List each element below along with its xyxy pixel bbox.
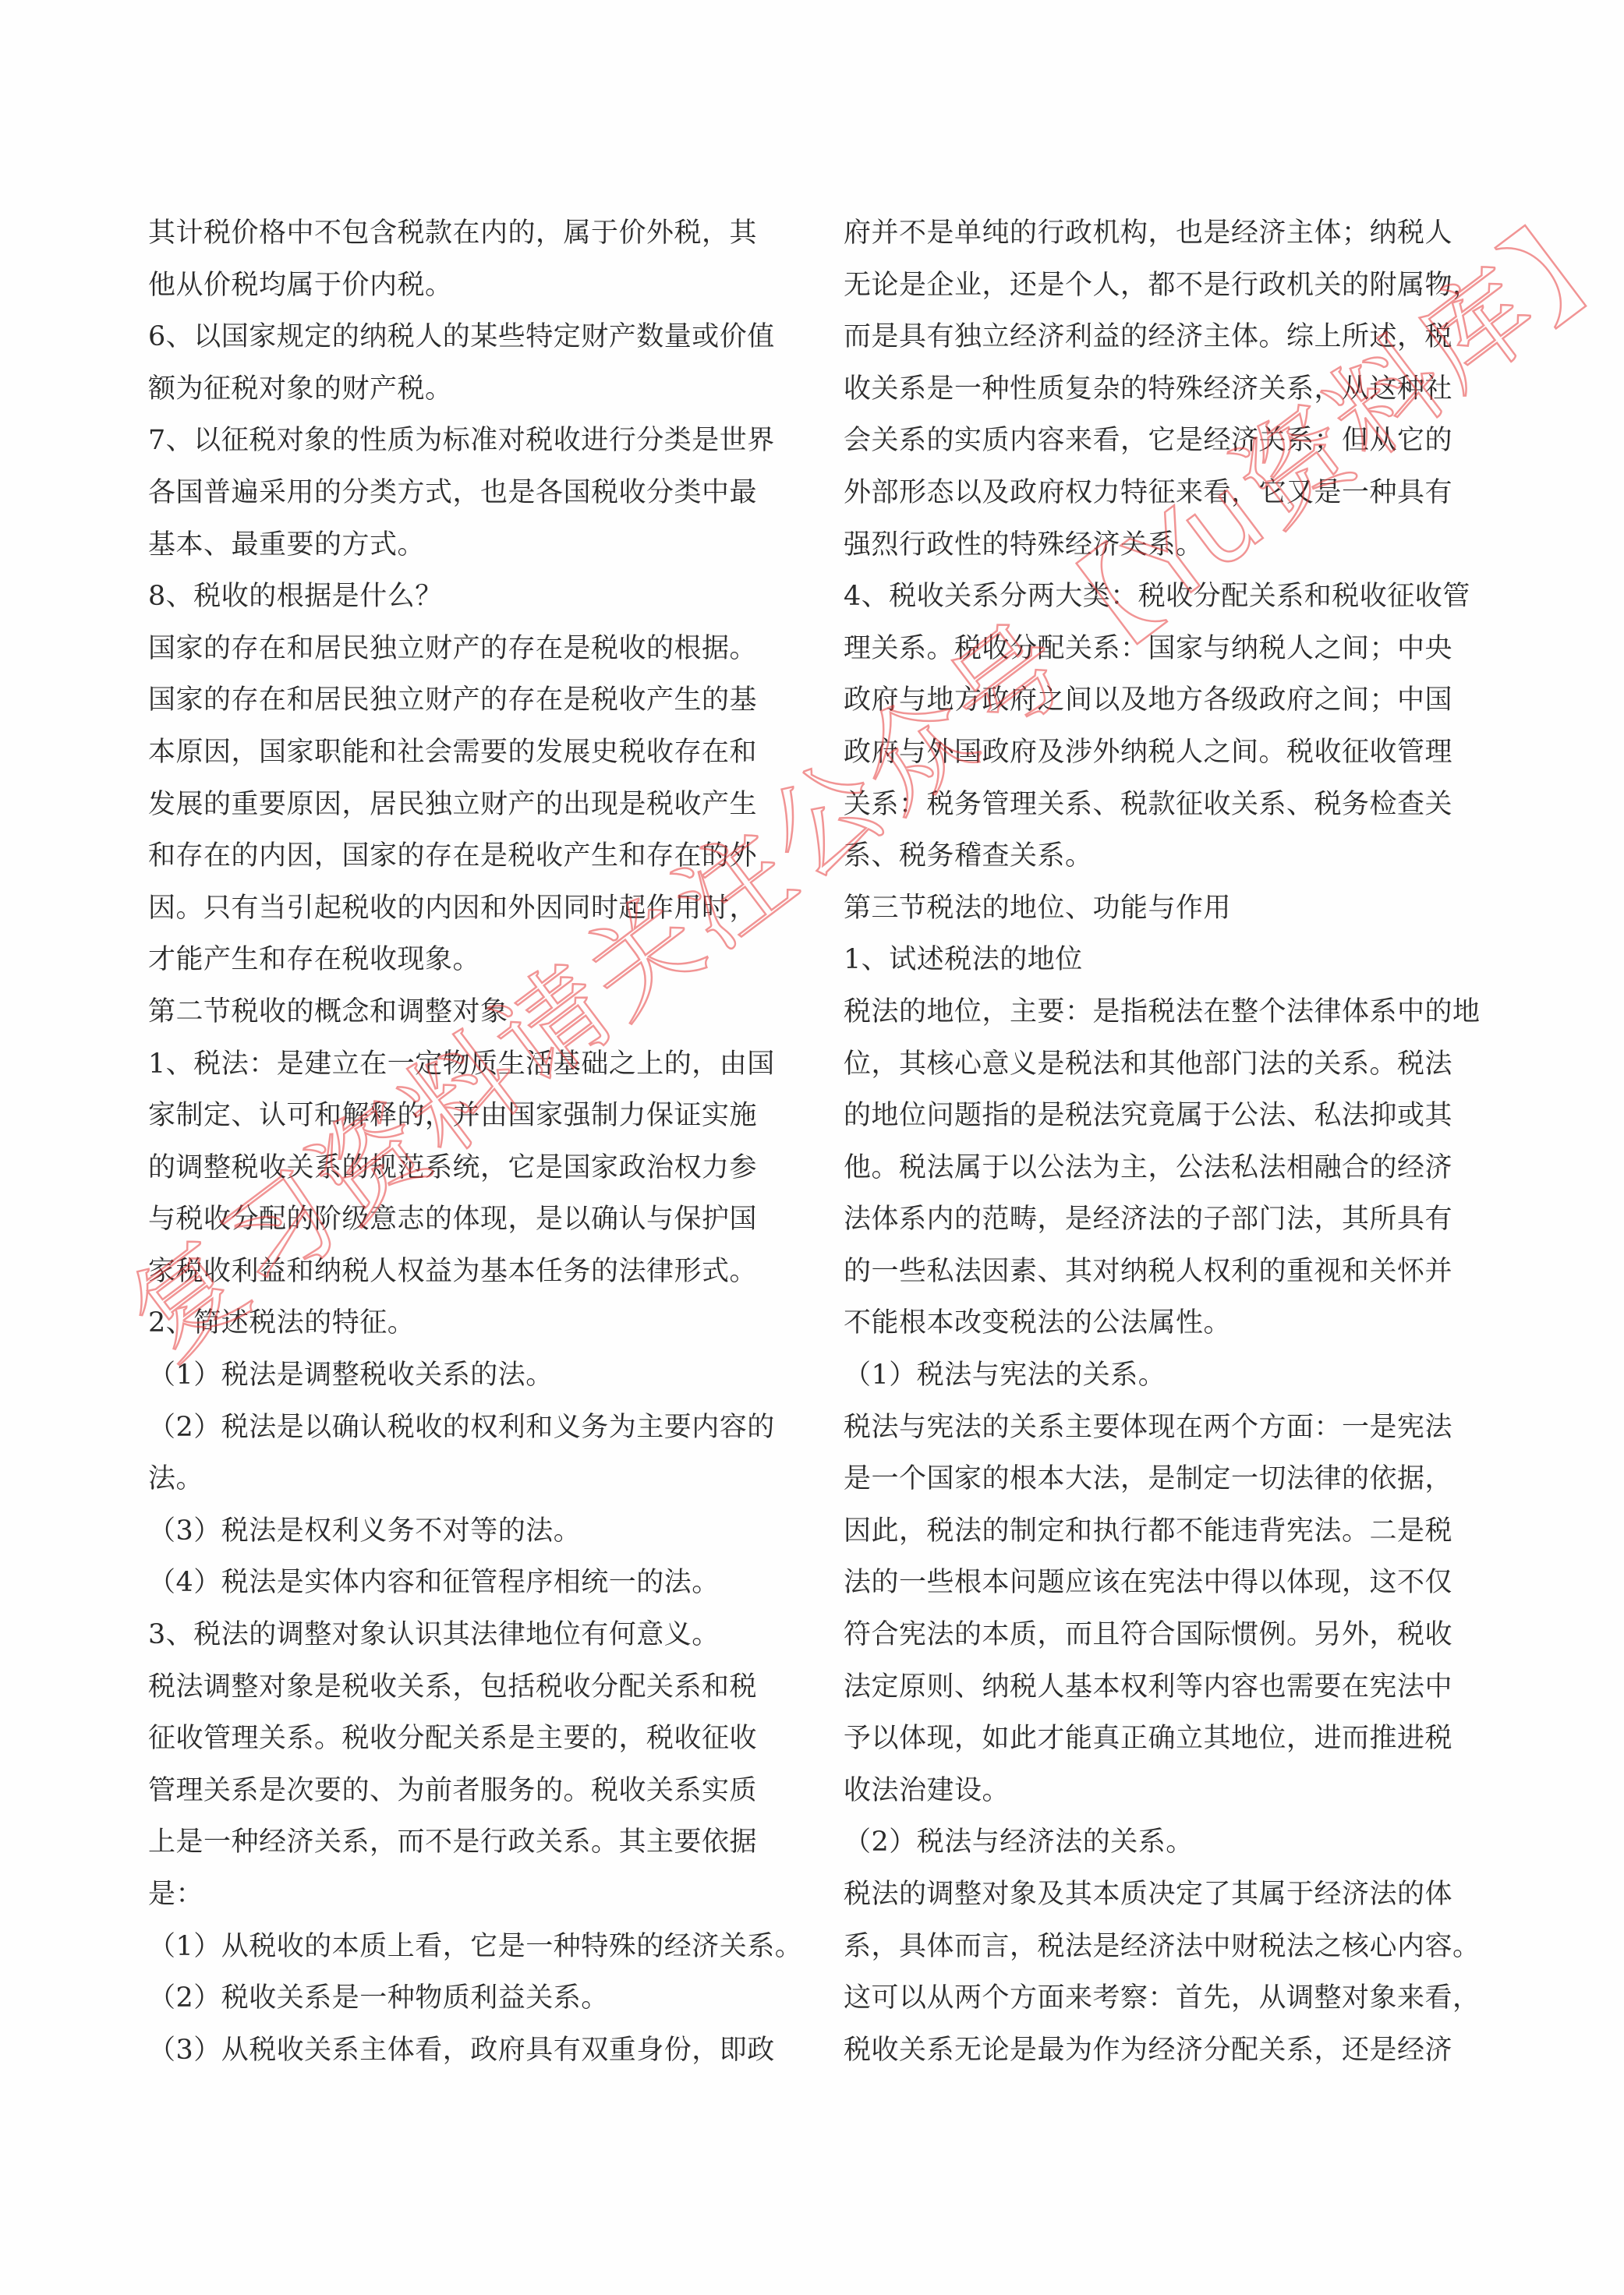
right-column-line: 1、试述税法的地位 xyxy=(844,934,1500,986)
left-column-line: 他从价税均属于价内税。 xyxy=(148,260,805,312)
left-column-line: 法。 xyxy=(148,1453,805,1505)
left-column-line: 与税收分配的阶级意志的体现，是以确认与保护国 xyxy=(148,1193,805,1246)
right-column-line: 符合宪法的本质，而且符合国际惯例。另外，税收 xyxy=(844,1609,1500,1661)
left-column-line: 税法调整对象是税收关系，包括税收分配关系和税 xyxy=(148,1661,805,1713)
left-column-line: 管理关系是次要的、为前者服务的。税收关系实质 xyxy=(148,1765,805,1817)
left-column-line: （3）税法是权利义务不对等的法。 xyxy=(148,1505,805,1558)
left-column-line: 征收管理关系。税收分配关系是主要的，税收征收 xyxy=(148,1713,805,1765)
right-column-line: 税法与宪法的关系主要体现在两个方面：一是宪法 xyxy=(844,1402,1500,1454)
right-column-line: 第三节税法的地位、功能与作用 xyxy=(844,882,1500,935)
right-column-line: 予以体现，如此才能真正确立其地位，进而推进税 xyxy=(844,1713,1500,1765)
right-column-line: 关系：税务管理关系、税款征收关系、税务检查关 xyxy=(844,779,1500,831)
left-column-line: 第二节税收的概念和调整对象 xyxy=(148,986,805,1038)
right-column-line: 法体系内的范畴，是经济法的子部门法，其所具有 xyxy=(844,1193,1500,1246)
left-column-line: （4）税法是实体内容和征管程序相统一的法。 xyxy=(148,1557,805,1609)
right-column-line: 税法的调整对象及其本质决定了其属于经济法的体 xyxy=(844,1869,1500,1921)
right-column-line: 税收关系无论是最为作为经济分配关系，还是经济 xyxy=(844,2024,1500,2077)
left-column-line: 国家的存在和居民独立财产的存在是税收的根据。 xyxy=(148,623,805,675)
left-column-line: 发展的重要原因，居民独立财产的出现是税收产生 xyxy=(148,779,805,831)
left-column-line: 2、简述税法的特征。 xyxy=(148,1297,805,1349)
right-column-line: 他。税法属于以公法为主，公法私法相融合的经济 xyxy=(844,1142,1500,1194)
right-column-line: 政府与外国政府及涉外纳税人之间。税收征收管理 xyxy=(844,727,1500,779)
right-column-line: 是一个国家的根本大法，是制定一切法律的依据， xyxy=(844,1453,1500,1505)
left-column-line: （2）税法是以确认税收的权利和义务为主要内容的 xyxy=(148,1402,805,1454)
left-column: 其计税价格中不包含税款在内的，属于价外税，其他从价税均属于价内税。6、以国家规定… xyxy=(148,207,805,2076)
right-column-line: （2）税法与经济法的关系。 xyxy=(844,1816,1500,1869)
left-column-line: 的调整税收关系的规范系统，它是国家政治权力参 xyxy=(148,1142,805,1194)
left-column-line: 额为征税对象的财产税。 xyxy=(148,363,805,416)
document-page: 其计税价格中不包含税款在内的，属于价外税，其他从价税均属于价内税。6、以国家规定… xyxy=(0,0,1624,2295)
right-column-line: 无论是企业，还是个人，都不是行政机关的附属物， xyxy=(844,260,1500,312)
left-column-line: 国家的存在和居民独立财产的存在是税收产生的基 xyxy=(148,674,805,727)
left-column-line: 和存在的内因，国家的存在是税收产生和存在的外 xyxy=(148,830,805,882)
left-column-line: 7、以征税对象的性质为标准对税收进行分类是世界 xyxy=(148,415,805,467)
right-column-line: 理关系。税收分配关系：国家与纳税人之间；中央 xyxy=(844,623,1500,675)
left-column-line: 3、税法的调整对象认识其法律地位有何意义。 xyxy=(148,1609,805,1661)
right-column-line: 4、税收关系分两大类：税收分配关系和税收征收管 xyxy=(844,571,1500,623)
left-column-line: （1）从税收的本质上看，它是一种特殊的经济关系。 xyxy=(148,1921,805,1973)
right-column-line: 系，具体而言，税法是经济法中财税法之核心内容。 xyxy=(844,1921,1500,1973)
right-column-line: 系、税务稽查关系。 xyxy=(844,830,1500,882)
right-column-line: 税法的地位，主要：是指税法在整个法律体系中的地 xyxy=(844,986,1500,1038)
left-column-line: 才能产生和存在税收现象。 xyxy=(148,934,805,986)
left-column-line: 本原因，国家职能和社会需要的发展史税收存在和 xyxy=(148,727,805,779)
left-column-line: （3）从税收关系主体看，政府具有双重身份，即政 xyxy=(148,2024,805,2077)
right-column-line: 的一些私法因素、其对纳税人权利的重视和关怀并 xyxy=(844,1246,1500,1298)
left-column-line: 家制定、认可和解释的，并由国家强制力保证实施 xyxy=(148,1090,805,1142)
left-column-line: 6、以国家规定的纳税人的某些特定财产数量或价值 xyxy=(148,311,805,363)
left-column-line: （2）税收关系是一种物质利益关系。 xyxy=(148,1972,805,2024)
left-column-line: 家税收利益和纳税人权益为基本任务的法律形式。 xyxy=(148,1246,805,1298)
left-column-line: 上是一种经济关系，而不是行政关系。其主要依据 xyxy=(148,1816,805,1869)
right-column-line: 因此，税法的制定和执行都不能违背宪法。二是税 xyxy=(844,1505,1500,1558)
right-column-line: 外部形态以及政府权力特征来看，它又是一种具有 xyxy=(844,467,1500,519)
right-column-line: 政府与地方政府之间以及地方各级政府之间；中国 xyxy=(844,674,1500,727)
right-column-line: 强烈行政性的特殊经济关系。 xyxy=(844,519,1500,571)
right-column-line: 法的一些根本问题应该在宪法中得以体现，这不仅 xyxy=(844,1557,1500,1609)
right-column-line: 不能根本改变税法的公法属性。 xyxy=(844,1297,1500,1349)
left-column-line: 是： xyxy=(148,1869,805,1921)
left-column-line: 1、税法：是建立在一定物质生活基础之上的，由国 xyxy=(148,1038,805,1091)
right-column-line: 收关系是一种性质复杂的特殊经济关系，从这种社 xyxy=(844,363,1500,416)
right-column-line: 法定原则、纳税人基本权利等内容也需要在宪法中 xyxy=(844,1661,1500,1713)
right-column-line: 而是具有独立经济利益的经济主体。综上所述，税 xyxy=(844,311,1500,363)
right-column-line: 的地位问题指的是税法究竟属于公法、私法抑或其 xyxy=(844,1090,1500,1142)
right-column-line: 这可以从两个方面来考察：首先，从调整对象来看， xyxy=(844,1972,1500,2024)
left-column-line: 8、税收的根据是什么？ xyxy=(148,571,805,623)
right-column-line: 收法治建设。 xyxy=(844,1765,1500,1817)
left-column-line: （1）税法是调整税收关系的法。 xyxy=(148,1349,805,1402)
right-column-line: 府并不是单纯的行政机构，也是经济主体；纳税人 xyxy=(844,207,1500,260)
right-column-line: （1）税法与宪法的关系。 xyxy=(844,1349,1500,1402)
left-column-line: 各国普遍采用的分类方式，也是各国税收分类中最 xyxy=(148,467,805,519)
left-column-line: 其计税价格中不包含税款在内的，属于价外税，其 xyxy=(148,207,805,260)
right-column: 府并不是单纯的行政机构，也是经济主体；纳税人无论是企业，还是个人，都不是行政机关… xyxy=(844,207,1500,2076)
left-column-line: 因。只有当引起税收的内因和外因同时起作用时， xyxy=(148,882,805,935)
left-column-line: 基本、最重要的方式。 xyxy=(148,519,805,571)
right-column-line: 位，其核心意义是税法和其他部门法的关系。税法 xyxy=(844,1038,1500,1091)
right-column-line: 会关系的实质内容来看，它是经济关系；但从它的 xyxy=(844,415,1500,467)
